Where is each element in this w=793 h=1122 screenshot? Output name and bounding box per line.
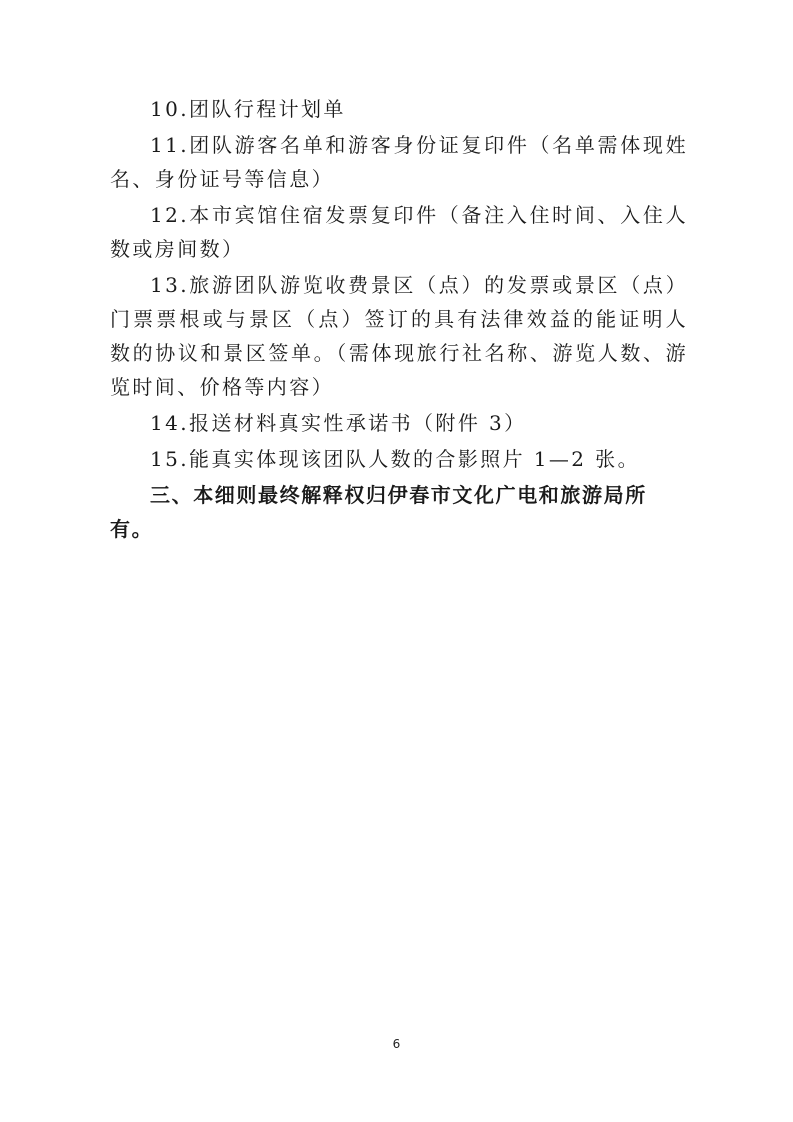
item-text: 本市宾馆住宿发票复印件（备注入住时间、入住人数或房间数） (110, 203, 688, 261)
item-text: 能真实体现该团队人数的合影照片 1—2 张。 (189, 447, 640, 471)
item-number: 13. (150, 273, 189, 297)
item-number: 11. (150, 133, 189, 157)
list-item-12: 12.本市宾馆住宿发票复印件（备注入住时间、入住人数或房间数） (110, 198, 688, 266)
item-text: 团队行程计划单 (189, 97, 346, 121)
page-number: 6 (0, 1037, 793, 1051)
item-text: 团队游客名单和游客身份证复印件（名单需体现姓名、身份证号等信息） (110, 133, 688, 191)
closing-heading: 三、本细则最终解释权归伊春市文化广电和旅游局所有。 (110, 478, 688, 546)
item-number: 12. (150, 203, 189, 227)
list-item-15: 15.能真实体现该团队人数的合影照片 1—2 张。 (110, 442, 688, 476)
item-number: 14. (150, 411, 189, 435)
item-number: 15. (150, 447, 189, 471)
item-text: 旅游团队游览收费景区（点）的发票或景区（点）门票票根或与景区（点）签订的具有法律… (110, 273, 688, 399)
list-item-14: 14.报送材料真实性承诺书（附件 3） (110, 406, 688, 440)
list-item-11: 11.团队游客名单和游客身份证复印件（名单需体现姓名、身份证号等信息） (110, 128, 688, 196)
document-body: 10.团队行程计划单 11.团队游客名单和游客身份证复印件（名单需体现姓名、身份… (110, 92, 688, 546)
item-text: 报送材料真实性承诺书（附件 3） (189, 411, 526, 435)
list-item-10: 10.团队行程计划单 (110, 92, 688, 126)
list-item-13: 13.旅游团队游览收费景区（点）的发票或景区（点）门票票根或与景区（点）签订的具… (110, 268, 688, 404)
document-page: 10.团队行程计划单 11.团队游客名单和游客身份证复印件（名单需体现姓名、身份… (0, 0, 793, 1122)
item-number: 10. (150, 97, 189, 121)
